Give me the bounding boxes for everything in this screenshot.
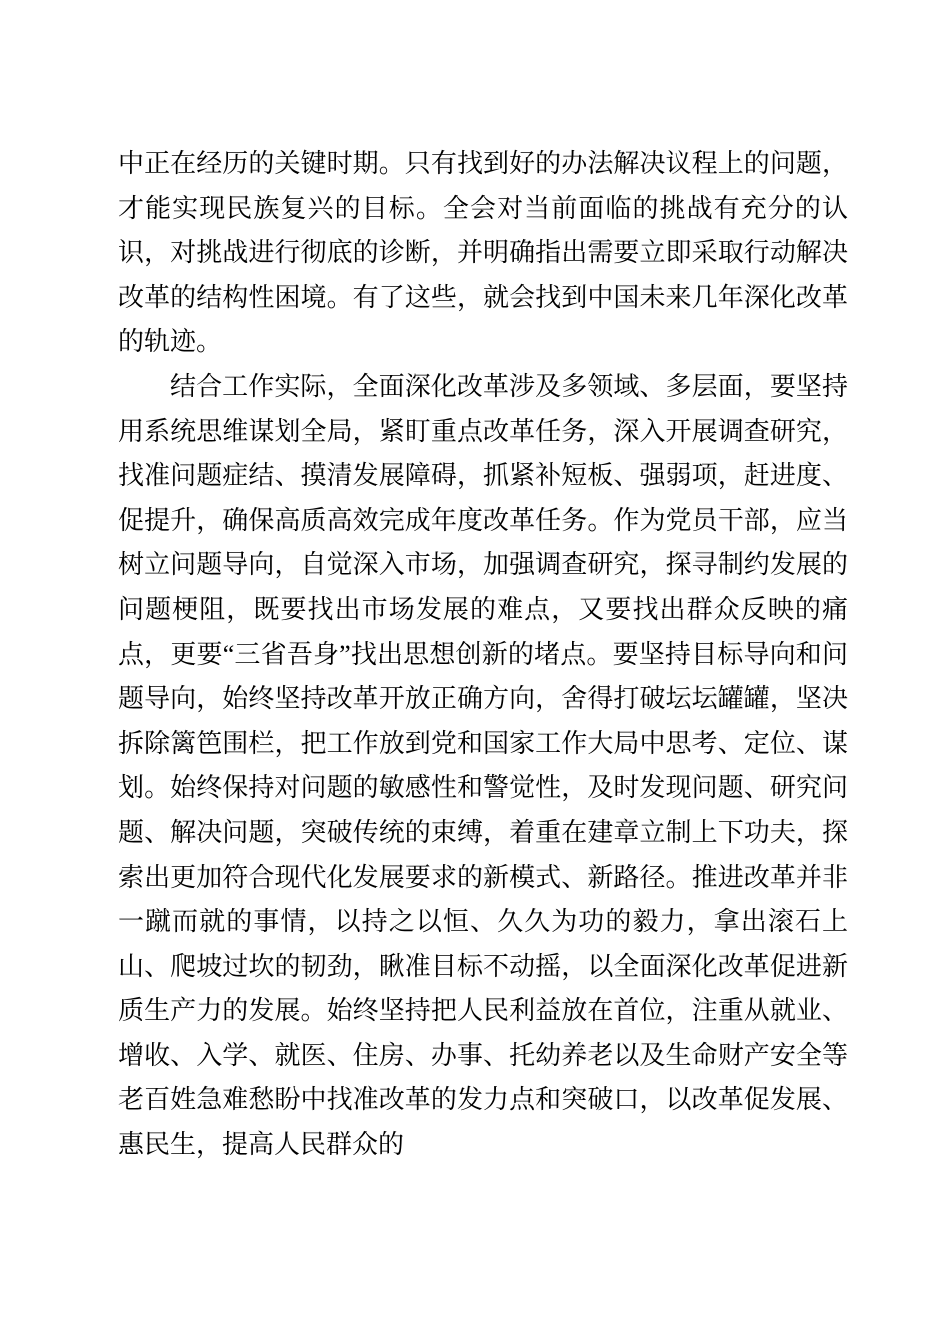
document-text-block: 中正在经历的关键时期。只有找到好的办法解决议程上的问题，才能实现民族复兴的目标。…: [118, 142, 848, 1168]
paragraph-body: 结合工作实际，全面深化改革涉及多领域、多层面，要坚持用系统思维谋划全局，紧盯重点…: [118, 365, 848, 1168]
paragraph-continuation: 中正在经历的关键时期。只有找到好的办法解决议程上的问题，才能实现民族复兴的目标。…: [118, 142, 848, 365]
document-page: 中正在经历的关键时期。只有找到好的办法解决议程上的问题，才能实现民族复兴的目标。…: [0, 0, 950, 1344]
